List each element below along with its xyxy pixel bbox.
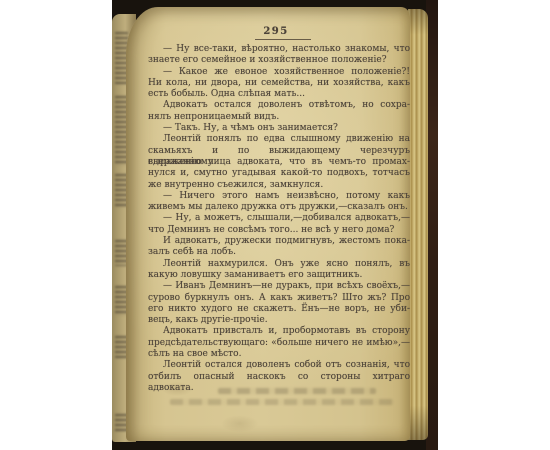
text-line: живемъ мы далеко дружка отъ дружки,—сказ… bbox=[148, 202, 410, 213]
text-line: вецъ, какъ другіе-прочіе. bbox=[148, 315, 410, 326]
text-line: — Ну все-таки, вѣроятно, настолько знако… bbox=[148, 44, 410, 55]
text-line: его никто худого не скажетъ. Ёнъ—не воръ… bbox=[148, 304, 410, 315]
text-line: знаете его семейное и хозяйственное поло… bbox=[148, 55, 410, 66]
text-line: что Демнинъ не совсѣмъ того... не всѣ у … bbox=[148, 225, 410, 236]
text-line: Ни кола, ни двора, ни семейства, ни хозя… bbox=[148, 78, 410, 89]
book-photo: 295 — Ну все-таки, вѣроятно, настолько з… bbox=[0, 0, 550, 450]
text-line: же внутренно съежился, замкнулся. bbox=[148, 180, 410, 191]
text-line: залъ себѣ на лобъ. bbox=[148, 247, 410, 258]
text-line: Адвокатъ привсталъ и, пробормотавъ въ ст… bbox=[148, 326, 410, 337]
text-line: Адвокатъ остался доволенъ отвѣтомъ, но с… bbox=[148, 100, 410, 111]
text-line: Леонтій остался доволенъ собой отъ созна… bbox=[148, 360, 410, 371]
page-number-rule bbox=[255, 39, 311, 40]
text-line: — Ничего этого намъ неизвѣсно, потому ка… bbox=[148, 191, 410, 202]
text-line: — Ну, а можетъ, слышали,—добивался адвок… bbox=[148, 213, 410, 224]
text-line: И адвокатъ, дружески подмигнувъ, жестомъ… bbox=[148, 236, 410, 247]
text-line: нулся и, смутно угадывая какой-то подвох… bbox=[148, 168, 410, 179]
text-line: выраженію лица адвоката, что въ чемъ-то … bbox=[148, 157, 410, 168]
text-line: сурово буркнулъ онъ. А какъ живетъ? Што … bbox=[148, 293, 410, 304]
text-line: нялъ непроницаемый видъ. bbox=[148, 112, 410, 123]
text-line: какую ловушку заманиваетъ его защитникъ. bbox=[148, 270, 410, 281]
photo-backdrop: 295 — Ну все-таки, вѣроятно, настолько з… bbox=[112, 0, 438, 450]
text-line: Леонтій нахмурился. Онъ уже ясно понялъ,… bbox=[148, 259, 410, 270]
text-line: — Иванъ Демнинъ—не дуракъ, при всѣхъ сво… bbox=[148, 281, 410, 292]
page-stack-edge bbox=[408, 9, 428, 440]
page-text: — Ну все-таки, вѣроятно, настолько знако… bbox=[148, 44, 410, 383]
text-line: сѣлъ на свое мѣсто. bbox=[148, 349, 410, 360]
text-line: Леонтій понялъ по едва слышному движенію… bbox=[148, 134, 410, 145]
text-line: отбилъ опасный наскокъ со стороны хитраг… bbox=[148, 372, 410, 383]
book-page: 295 — Ну все-таки, вѣроятно, настолько з… bbox=[126, 7, 410, 441]
show-through-text bbox=[218, 388, 376, 394]
show-through-text bbox=[170, 399, 394, 405]
text-line: предсѣдательствующаго: «больше ничего не… bbox=[148, 338, 410, 349]
page-header: 295 bbox=[126, 19, 426, 40]
text-line: скамьяхъ и по выжидающему черезчуръ сдер… bbox=[148, 146, 410, 157]
page-number: 295 bbox=[263, 26, 288, 37]
text-line: есть бобыль. Одна слѣпая мать... bbox=[148, 89, 410, 100]
text-line: — Какое же евоное хозяйственное положені… bbox=[148, 67, 410, 78]
text-line: — Такъ. Ну, а чѣмъ онъ занимается? bbox=[148, 123, 410, 134]
